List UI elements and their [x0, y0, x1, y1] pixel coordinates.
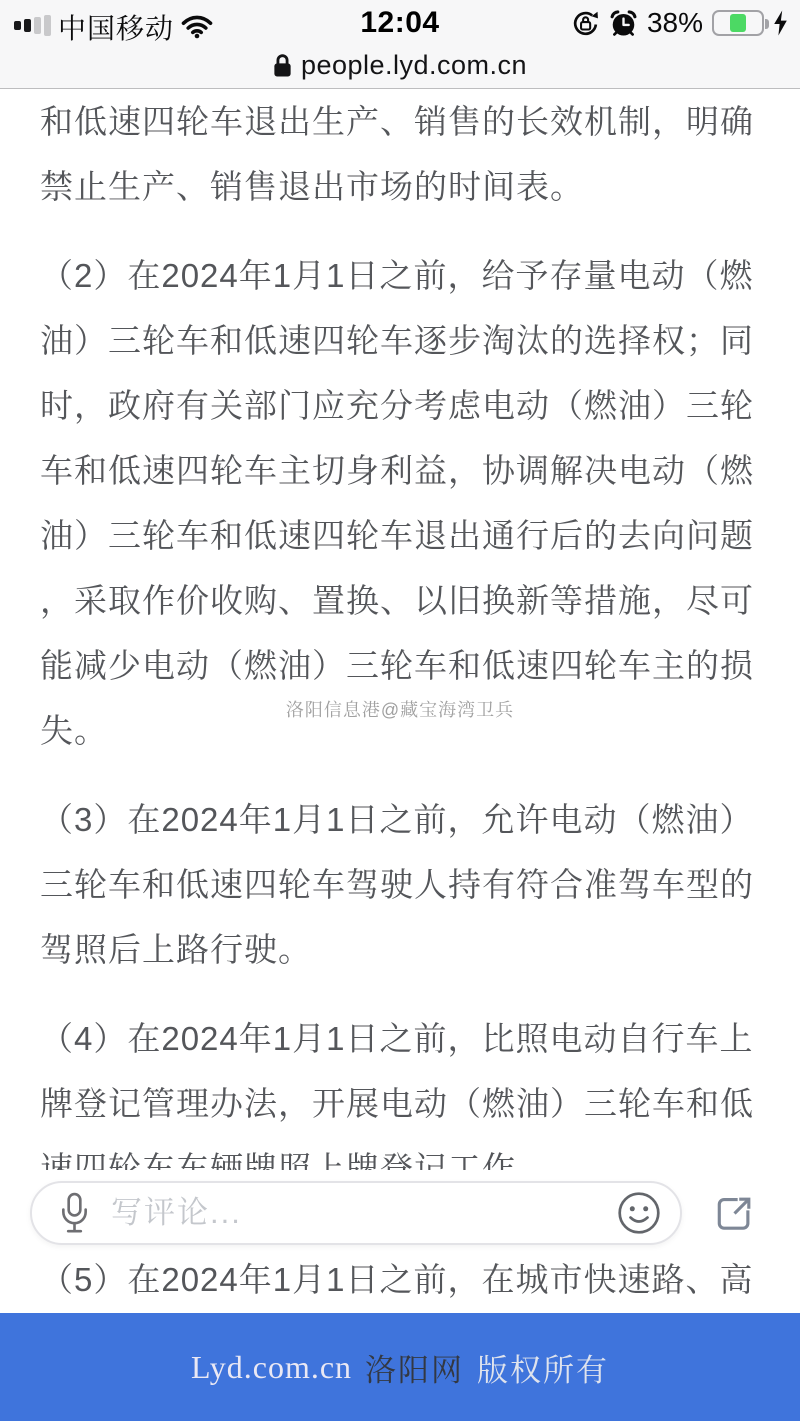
battery-charging-icon — [712, 10, 764, 36]
microphone-icon[interactable] — [58, 1190, 91, 1236]
charging-bolt-icon — [773, 10, 788, 36]
footer-site-en: Lyd.com.cn — [191, 1349, 352, 1386]
article-paragraph-1: 和低速四轮车退出生产、销售的长效机制，明确 禁止生产、销售退出市场的时间表。 — [40, 89, 760, 219]
status-right: 38% — [571, 7, 788, 39]
status-row: 中国移动 12:04 — [0, 0, 800, 42]
footer-site-cn: 洛阳网 — [365, 1345, 464, 1390]
watermark-text: 洛阳信息港@藏宝海湾卫兵 — [0, 696, 800, 722]
mobile-browser-screen: 中国移动 12:04 — [0, 0, 800, 1421]
article-paragraph-2: （2）在2024年1月1日之前，给予存量电动（燃 油）三轮车和低速四轮车逐步淘汰… — [40, 243, 760, 763]
url-domain: people.lyd.com.cn — [301, 50, 527, 81]
emoji-smiley-icon[interactable] — [616, 1190, 662, 1236]
status-bar: 中国移动 12:04 — [0, 0, 800, 89]
https-lock-icon — [273, 53, 292, 78]
footer-copyright: 版权所有 — [477, 1345, 609, 1390]
comment-input[interactable] — [109, 1194, 598, 1232]
battery-nub — [765, 19, 769, 29]
alarm-clock-icon — [609, 9, 638, 38]
page-footer: Lyd.com.cn 洛阳网 版权所有 — [0, 1313, 800, 1421]
comment-bar — [0, 1170, 800, 1258]
share-button[interactable] — [710, 1190, 758, 1238]
share-icon — [710, 1190, 758, 1238]
comment-input-pill[interactable] — [30, 1181, 682, 1245]
rotation-lock-icon — [571, 9, 600, 38]
battery-fill — [730, 14, 747, 32]
article-paragraph-3: （3）在2024年1月1日之前，允许电动（燃油） 三轮车和低速四轮车驾驶人持有符… — [40, 787, 760, 982]
url-bar[interactable]: people.lyd.com.cn — [0, 42, 800, 88]
battery-percent-label: 38% — [647, 7, 703, 39]
